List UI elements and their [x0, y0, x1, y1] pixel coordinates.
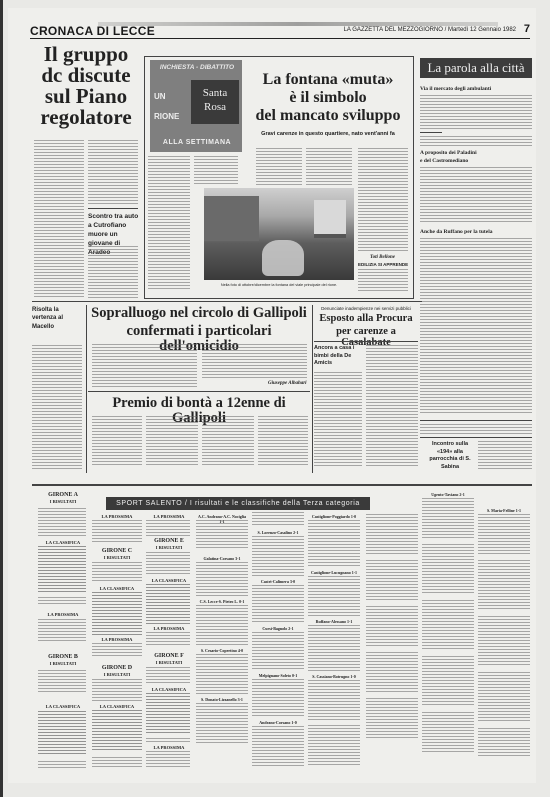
match-report-31 [478, 728, 530, 756]
match-head-11: Castiglione-Poggiardo 1-0 [308, 514, 360, 519]
match-head-4: S. Cesario-Copertino 4-0 [196, 648, 248, 653]
girone-a-sub: I RISULTATI [38, 499, 88, 504]
match-report-3 [196, 605, 248, 645]
match-report-14 [308, 625, 360, 671]
girone-b-table-title: LA CLASSIFICA [38, 704, 88, 709]
inquiry-banner: INCHIESTA - DIBATTITO UN RIONE Santa Ros… [150, 60, 242, 152]
lead-body-col1 [34, 140, 84, 298]
match-report-1 [196, 520, 248, 550]
match-report-8 [252, 585, 304, 623]
gallipoli-body-col2 [202, 344, 307, 380]
col3-next-title: LA PROSSIMA [146, 514, 192, 519]
inquiry-body-col3 [256, 148, 302, 186]
girone-f-sub: I RISULTATI [146, 660, 192, 665]
match-report-6 [252, 512, 304, 526]
match-report-22 [422, 498, 474, 538]
photo-building-left [204, 196, 259, 241]
inquiry-body-col5b [358, 269, 408, 291]
match-report-18 [366, 560, 418, 600]
girone-f-next-title: LA PROSSIMA [146, 745, 192, 750]
match-report-2 [196, 562, 248, 596]
girone-b-results [38, 670, 86, 692]
inquiry-name-box: Santa Rosa [191, 80, 239, 124]
masthead: CRONACA DI LECCE LA GAZZETTA DEL MEZZOGI… [30, 24, 530, 39]
inquiry-body-col1 [148, 156, 190, 291]
inquiry-word-un: UN [154, 92, 166, 101]
page-binding-edge [0, 0, 3, 797]
divider [88, 391, 310, 392]
opinion-item2-title-2: e del Castromediano [420, 158, 468, 166]
casalabate-side-body [314, 372, 362, 468]
opinion-banner-title: La parola alla città [420, 58, 532, 78]
match-report-12 [308, 520, 360, 566]
opinion-item3-title: Anche da Ruffano per la tutela [420, 229, 492, 237]
match-head-16: S. Maria-Felline 1-1 [478, 508, 530, 513]
inquiry-headline-1: La fontana «muta» [246, 72, 410, 88]
fountain-photo [204, 188, 354, 280]
match-report-30 [478, 672, 530, 722]
girone-f-table-title: LA CLASSIFICA [146, 687, 192, 692]
girone-a-note [38, 597, 86, 605]
girone-f-standings [146, 693, 190, 735]
opinion-banner: La parola alla città [420, 58, 532, 78]
vertenza-body [32, 345, 82, 470]
girone-c-standings [92, 592, 142, 636]
match-report-24 [422, 600, 474, 650]
gallipoli-byline: Giuseppe Albahari [268, 381, 307, 386]
photo-fountain [262, 240, 304, 276]
girone-a-table-title: LA CLASSIFICA [38, 540, 88, 545]
casalabate-body [366, 345, 418, 468]
photo-building-right [314, 200, 346, 238]
inquiry-body-col4 [306, 148, 352, 186]
opinion-item1-body [420, 95, 532, 129]
girone-c-title: GIRONE C [92, 548, 142, 554]
section-title: CRONACA DI LECCE [30, 24, 155, 38]
match-head-3: C.S. Lecce-S. Pietro L. 0-1 [196, 599, 248, 604]
match-report-5 [196, 703, 248, 743]
brief-body [88, 246, 138, 298]
inquiry-name: Santa Rosa [196, 80, 234, 114]
inquiry-headline-2: è il simbolo [246, 90, 410, 106]
match-head-15: Ugento-Taviano 2-1 [422, 492, 474, 497]
girone-c-next [92, 643, 142, 657]
girone-c-table-title: LA CLASSIFICA [92, 586, 142, 591]
girone-f-next [146, 751, 190, 767]
match-head-2: Galatina-Corsano 3-1 [196, 556, 248, 561]
match-head-8: Cursi-Bagnolo 2-1 [252, 626, 304, 631]
divider [32, 301, 422, 302]
girone-b-standings [38, 711, 86, 755]
divider [32, 484, 532, 486]
opinion-box-body [478, 441, 532, 471]
opinion-item1-title: Via il mercato degli ambulanti [420, 86, 491, 94]
girone-d-table-title: LA CLASSIFICA [92, 704, 142, 709]
premio-body-col1 [92, 416, 142, 466]
col2-next-title: LA PROSSIMA [92, 514, 142, 519]
girone-d-sub: I RISULTATI [92, 672, 142, 677]
match-report-7 [252, 536, 304, 576]
girone-e-sub: I RISULTATI [146, 545, 192, 550]
casalabate-kicker: Denunciate inadempienze nei servizi pubb… [314, 306, 418, 311]
sport-banner: SPORT SALENTO / I risultati e le classif… [106, 497, 370, 510]
match-head-9: Melpignano-Soleto 0-1 [252, 673, 304, 678]
inquiry-byline: Toti Bellone [370, 255, 395, 260]
inquiry-subhead: Gravi carenze in questo quartiere, nato … [246, 131, 410, 137]
inquiry-side-label: EDILIZIA SI APPRENDE [358, 262, 408, 268]
girone-f-title: GIRONE F [146, 653, 192, 659]
match-head-10: Andrano-Corsano 1-0 [252, 720, 304, 725]
page-number: 7 [524, 23, 530, 35]
opinion-item2-body [420, 167, 532, 223]
lead-body-col2 [88, 140, 138, 205]
inquiry-body-col2 [194, 156, 238, 186]
girone-c-next-title: LA PROSSIMA [92, 637, 142, 642]
col3-next [146, 520, 190, 536]
gallipoli-body-col1 [92, 344, 197, 388]
photo-caption: Nella foto di ottobre/dicembre la fontan… [204, 283, 354, 287]
match-report-20 [366, 652, 418, 692]
match-report-10 [252, 679, 304, 717]
divider [314, 341, 418, 342]
girone-b-title: GIRONE B [38, 654, 88, 660]
divider [420, 132, 442, 133]
match-report-25 [422, 656, 474, 706]
match-report-4 [196, 654, 248, 694]
match-report-21 [366, 698, 418, 738]
girone-d-results [92, 679, 142, 701]
girone-a-next [38, 619, 86, 641]
match-report-27 [478, 514, 530, 554]
match-head-5: S. Donato-Lizzanello 3-1 [196, 697, 248, 702]
match-head-12: Castiglione-Lucugnano 1-1 [308, 570, 360, 575]
girone-c-results [92, 562, 142, 582]
girone-a-results [38, 508, 86, 536]
casalabate-side-headline: Ancora a casa i bimbi della De Amicis [314, 345, 362, 368]
match-report-13 [308, 576, 360, 616]
girone-b-note [38, 761, 86, 769]
gallipoli-headline-1: Sopralluogo nel circolo di Gallipoli [88, 306, 310, 321]
girone-a-standings [38, 546, 86, 592]
match-report-16 [308, 725, 360, 765]
match-head-7: Castrì-Calimera 3-0 [252, 579, 304, 584]
girone-f-note [146, 738, 190, 742]
match-report-23 [422, 544, 474, 594]
opinion-box-title: Incontro sulla «194» alla parrocchia di … [425, 441, 475, 472]
match-report-19 [366, 606, 418, 646]
match-report-17 [366, 514, 418, 554]
col2-next [92, 520, 142, 542]
match-head-6: S. Lorenzo-Casalino 2-1 [252, 530, 304, 535]
inquiry-word-rione: RIONE [154, 112, 179, 121]
girone-d-title: GIRONE D [92, 665, 142, 671]
girone-a-title: GIRONE A [38, 492, 88, 498]
girone-d-standings [92, 710, 142, 752]
girone-e-results [146, 552, 190, 574]
girone-e-standings [146, 584, 190, 624]
inquiry-body-col5 [358, 148, 408, 253]
opinion-item2-title-1: A proposito dei Paladini [420, 150, 477, 158]
match-report-28 [478, 560, 530, 610]
match-report-29 [478, 616, 530, 666]
opinion-footnote [420, 424, 532, 434]
girone-b-sub: I RISULTATI [38, 661, 88, 666]
girone-e-next-title: LA PROSSIMA [146, 626, 192, 631]
opinion-item1-note [420, 136, 532, 146]
girone-a-next-title: LA PROSSIMA [38, 612, 88, 617]
vertenza-headline: Risolta la vertenza al Macello [32, 306, 84, 331]
girone-e-title: GIRONE E [146, 538, 192, 544]
match-head-14: S. Cassiano-Botrugno 1-0 [308, 674, 360, 679]
match-report-9 [252, 632, 304, 670]
column-rule [312, 305, 313, 473]
premio-body-col2 [146, 416, 198, 466]
opinion-item3-body [420, 238, 532, 414]
divider [420, 420, 532, 421]
column-rule [86, 305, 87, 473]
girone-e-next [146, 632, 190, 646]
casalabate-headline-1: Esposto alla Procura [314, 314, 418, 325]
match-report-11 [252, 726, 304, 766]
premio-body-col4 [258, 416, 308, 466]
inquiry-footer: ALLA SETTIMANA [152, 139, 242, 146]
match-report-15 [308, 680, 360, 720]
divider [88, 208, 138, 209]
girone-e-table-title: LA CLASSIFICA [146, 578, 192, 583]
inquiry-headline-3: del mancato sviluppo [246, 108, 410, 124]
match-report-26 [422, 712, 474, 752]
girone-d-note [92, 757, 142, 767]
inquiry-kicker: INCHIESTA - DIBATTITO [152, 64, 242, 71]
divider [420, 437, 532, 438]
girone-f-results [146, 667, 190, 685]
match-head-13: Ruffano-Alessano 1-1 [308, 619, 360, 624]
sport-banner-title: SPORT SALENTO / I risultati e le classif… [106, 497, 370, 510]
lead-headline: Il gruppo dc discute sul Piano regolator… [32, 44, 140, 128]
girone-c-sub: I RISULTATI [92, 555, 142, 560]
premio-body-col3 [202, 416, 254, 466]
paper-dateline: LA GAZZETTA DEL MEZZOGIORNO / Martedì 12… [344, 27, 516, 33]
